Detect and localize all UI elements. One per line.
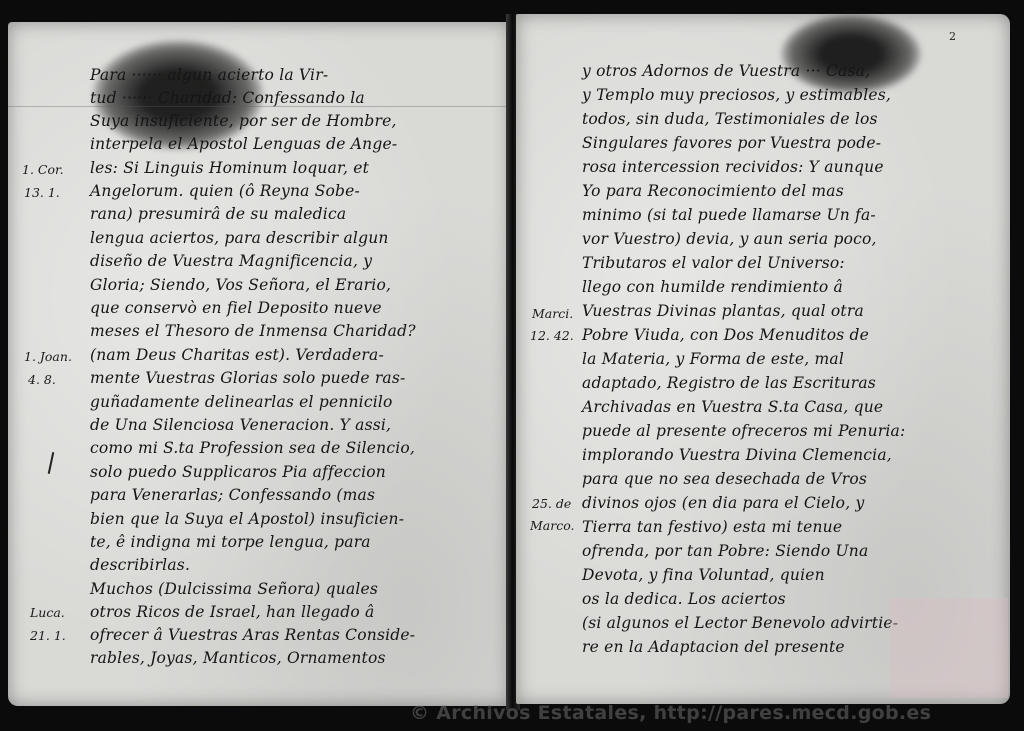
text-line: os la dedica. Los aciertos bbox=[582, 590, 786, 608]
text-line: de Una Silenciosa Veneracion. Y assi, bbox=[90, 416, 391, 434]
text-line: bien que la Suya el Apostol) insuficien- bbox=[90, 510, 404, 528]
margin-citation: 1. Cor. bbox=[22, 162, 64, 177]
text-line: solo puedo Supplicaros Pia affeccion bbox=[90, 463, 386, 481]
text-line: y Templo muy preciosos, y estimables, bbox=[582, 86, 891, 104]
text-line: para que no sea desechada de Vros bbox=[582, 470, 867, 488]
text-line: todos, sin duda, Testimoniales de los bbox=[582, 110, 878, 128]
text-line: Tierra tan festivo) esta mi tenue bbox=[582, 518, 842, 536]
text-line: diseño de Vuestra Magnificencia, y bbox=[90, 252, 372, 270]
text-line: implorando Vuestra Divina Clemencia, bbox=[582, 446, 892, 464]
margin-citation: 25. de bbox=[532, 496, 571, 511]
folio-number: 2 bbox=[949, 30, 956, 43]
text-line: Muchos (Dulcissima Señora) quales bbox=[90, 580, 378, 598]
text-line: describirlas. bbox=[90, 556, 190, 574]
left-page: Para ······ algun acierto la Vir- tud ··… bbox=[8, 22, 510, 706]
text-line: puede al presente ofreceros mi Penuria: bbox=[582, 422, 905, 440]
text-line: (nam Deus Charitas est). Verdadera- bbox=[90, 346, 384, 364]
text-line: Gloria; Siendo, Vos Señora, el Erario, bbox=[90, 276, 391, 294]
text-line: meses el Thesoro de Inmensa Charidad? bbox=[90, 322, 416, 340]
text-line: Archivadas en Vuestra S.ta Casa, que bbox=[582, 398, 883, 416]
text-line: ofrecer â Vuestras Aras Rentas Conside- bbox=[90, 626, 415, 644]
margin-citation: Luca. bbox=[30, 605, 65, 620]
text-line: re en la Adaptacion del presente bbox=[582, 638, 845, 656]
text-line: Yo para Reconocimiento del mas bbox=[582, 182, 844, 200]
text-line: minimo (si tal puede llamarse Un fa- bbox=[582, 206, 876, 224]
text-line: Para ······ algun acierto la Vir- bbox=[90, 66, 328, 84]
text-line: la Materia, y Forma de este, mal bbox=[582, 350, 844, 368]
margin-citation: 21. 1. bbox=[30, 628, 66, 643]
text-line: Vuestras Divinas plantas, qual otra bbox=[582, 302, 864, 320]
text-line: Pobre Viuda, con Dos Menuditos de bbox=[582, 326, 869, 344]
margin-mark bbox=[48, 452, 55, 474]
text-line: para Venerarlas; Confessando (mas bbox=[90, 486, 375, 504]
text-line: (si algunos el Lector Benevolo advirtie- bbox=[582, 614, 898, 632]
ink-stain bbox=[781, 14, 921, 94]
text-line: lengua aciertos, para describir algun bbox=[90, 229, 389, 247]
margin-citation: 13. 1. bbox=[24, 185, 60, 200]
text-line: tud ······ Charidad: Confessando la bbox=[90, 89, 365, 107]
text-line: rosa intercession recividos: Y aunque bbox=[582, 158, 884, 176]
margin-citation: Marco. bbox=[530, 518, 575, 533]
text-line: adaptado, Registro de las Escrituras bbox=[582, 374, 876, 392]
text-line: llego con humilde rendimiento â bbox=[582, 278, 843, 296]
text-line: interpela el Apostol Lenguas de Ange- bbox=[90, 135, 397, 153]
margin-citation: 4. 8. bbox=[28, 372, 56, 387]
text-line: te, ê indigna mi torpe lengua, para bbox=[90, 533, 371, 551]
margin-citation: 1. Joan. bbox=[24, 349, 72, 364]
text-line: Singulares favores por Vuestra pode- bbox=[582, 134, 881, 152]
text-line: y otros Adornos de Vuestra ··· Casa, bbox=[582, 62, 870, 80]
text-line: Suya insuficiente, por ser de Hombre, bbox=[90, 112, 397, 130]
text-line: rana) presumirâ de su maledica bbox=[90, 205, 346, 223]
text-line: rables, Joyas, Manticos, Ornamentos bbox=[90, 649, 386, 667]
text-line: como mi S.ta Profession sea de Silencio, bbox=[90, 439, 415, 457]
margin-citation: Marci. bbox=[532, 306, 573, 321]
text-line: que conservò en fiel Deposito nueve bbox=[90, 299, 382, 317]
text-line: otros Ricos de Israel, han llegado â bbox=[90, 603, 374, 621]
text-line: les: Si Linguis Hominum loquar, et bbox=[90, 159, 369, 177]
text-line: Devota, y fina Voluntad, quien bbox=[582, 566, 825, 584]
text-line: ofrenda, por tan Pobre: Siendo Una bbox=[582, 542, 868, 560]
margin-citation: 12. 42. bbox=[530, 328, 574, 343]
archive-logo-watermark bbox=[890, 598, 1008, 698]
manuscript-spread: Para ······ algun acierto la Vir- tud ··… bbox=[0, 0, 1024, 731]
text-line: vor Vuestro) devia, y aun seria poco, bbox=[582, 230, 877, 248]
text-line: guñadamente delinearlas el pennicilo bbox=[90, 393, 393, 411]
text-line: Angelorum. quien (ô Reyna Sobe- bbox=[90, 182, 360, 200]
copyright-watermark: © Archivos Estatales, http://pares.mecd.… bbox=[410, 702, 931, 724]
text-line: Tributaros el valor del Universo: bbox=[582, 254, 845, 272]
text-line: mente Vuestras Glorias solo puede ras- bbox=[90, 369, 405, 387]
text-line: divinos ojos (en dia para el Cielo, y bbox=[582, 494, 864, 512]
